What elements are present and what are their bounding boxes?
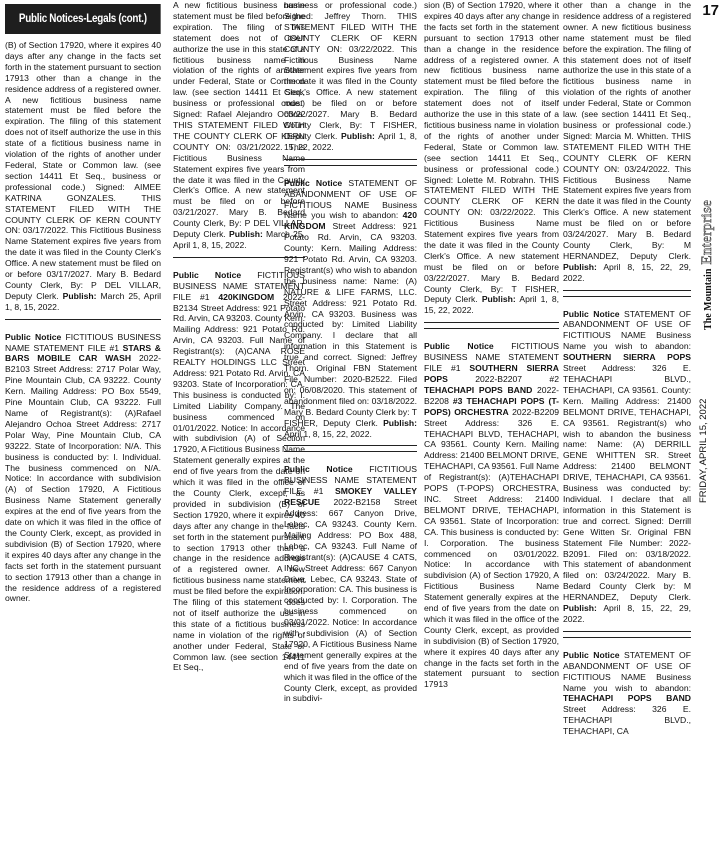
notice-divider [284, 159, 417, 166]
notice-stars-bars: Public Notice FICTITIOUS BUSINESS NAME S… [5, 332, 161, 605]
column-1: Public Notices-Legals (cont.) (B) of Sec… [5, 0, 161, 604]
notice-abandon-southern-sierra: Public Notice STATEMENT OF ABANDONMENT O… [563, 309, 691, 625]
side-rail: The MountainEnterprise FRIDAY, APRIL 15,… [695, 120, 721, 500]
business-name: SOUTHERN SIERRA POPS [563, 352, 691, 362]
masthead-name: Enterprise [699, 200, 715, 265]
page-number: 17 [702, 2, 719, 19]
column-4: sion (B) of Section 17920, where it expi… [424, 0, 559, 690]
notice-420kingdom-cont: business or professional code.) Signed: … [284, 0, 417, 153]
notice-divider [563, 631, 691, 638]
notice-divider [5, 319, 161, 320]
notice-tehachapi-pops-cont: other than a change in the residence add… [563, 0, 691, 284]
column-3: business or professional code.) Signed: … [284, 0, 417, 704]
masthead-prefix: The Mountain [703, 269, 714, 330]
business-name: TEHACHAPI POPS BAND [563, 693, 691, 703]
business-name: 420KINGDOM [218, 292, 274, 302]
notice-continuation: (B) of Section 17920, where it expires 4… [5, 40, 161, 313]
notice-divider [563, 290, 691, 297]
notice-divider [284, 445, 417, 452]
notice-smokey-valley: Public Notice FICTITIOUS BUSINESS NAME S… [284, 464, 417, 704]
notice-abandon-420kingdom: Public Notice STATEMENT OF ABANDONMENT O… [284, 178, 417, 440]
newspaper-page: 17 The MountainEnterprise FRIDAY, APRIL … [0, 0, 723, 850]
section-header: Public Notices-Legals (cont.) [5, 4, 161, 34]
column-5: other than a change in the residence add… [563, 0, 691, 737]
notice-tehachapi-pops: Public Notice FICTITIOUS BUSINESS NAME S… [424, 341, 559, 690]
notice-abandon-tehachapi-pops-band: Public Notice STATEMENT OF ABANDONMENT O… [563, 650, 691, 737]
business-name: TEHACHAPI POPS BAND [424, 385, 532, 395]
notice-divider [424, 322, 559, 329]
notice-smokey-valley-cont: sion (B) of Section 17920, where it expi… [424, 0, 559, 316]
